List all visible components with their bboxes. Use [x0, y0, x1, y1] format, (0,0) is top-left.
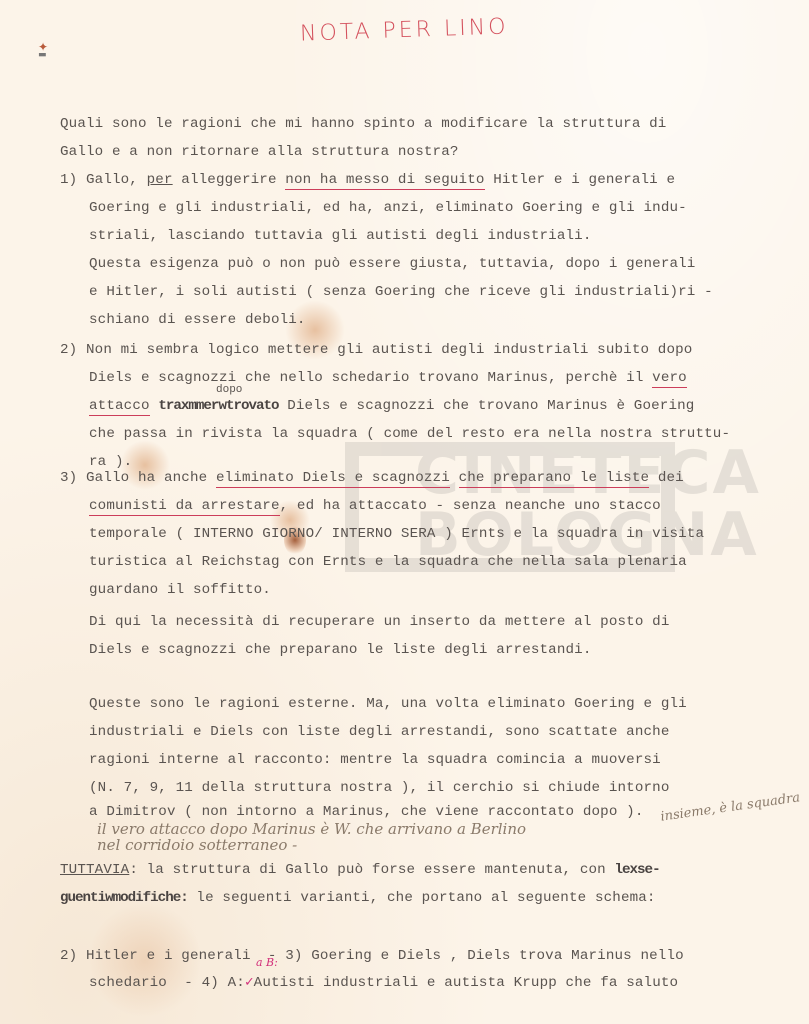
- text-line: Gallo e a non ritornare alla struttura n…: [60, 144, 459, 160]
- text-span: , ed ha attaccato - senza neanche uno st…: [280, 498, 661, 514]
- text-line: comunisti da arrestare, ed ha attaccato …: [89, 498, 661, 514]
- text-line: guentiwmodifiche: le seguenti varianti, …: [60, 890, 656, 906]
- struck-text: lexse-: [615, 862, 660, 878]
- text-line: (N. 7, 9, 11 della struttura nostra ), i…: [89, 780, 669, 796]
- text-line: Questa esigenza può o non può essere giu…: [89, 256, 695, 272]
- handwritten-title: NOTA PER LINO: [300, 14, 509, 46]
- underlined-text: TUTTAVIA: [60, 862, 129, 878]
- text-line: TUTTAVIA: la struttura di Gallo può fors…: [60, 862, 660, 878]
- text-line: che passa in rivista la squadra ( come d…: [89, 426, 730, 442]
- text-line: schedario - 4) A:✓Autisti industriali e …: [89, 974, 678, 991]
- text-line: Quali sono le ragioni che mi hanno spint…: [60, 116, 666, 132]
- handwritten-note: insieme, è la squadra: [660, 790, 801, 824]
- text-line: schiano di essere deboli.: [89, 312, 306, 328]
- document-page: ✦ ▬ NOTA PER LINO CINETECA BOLOGNA Quali…: [0, 0, 809, 1024]
- text-line: 2) Hitler e i generali - 3) Goering e Di…: [60, 948, 684, 964]
- struck-text: guentiwmodifiche:: [60, 890, 188, 906]
- text-line: temporale ( INTERNO GIORNO/ INTERNO SERA…: [89, 526, 704, 542]
- text-line: ra ).: [89, 454, 132, 470]
- text-line: Di qui la necessità di recuperare un ins…: [89, 614, 669, 630]
- text-line: 1) Gallo, per alleggerire non ha messo d…: [60, 172, 675, 188]
- text-span: schedario - 4) A:: [89, 975, 245, 991]
- text-span: alleggerire: [173, 172, 286, 188]
- text-line: a Dimitrov ( non intorno a Marinus, che …: [89, 804, 644, 820]
- text-span: Autisti industriali e autista Krupp che …: [254, 975, 679, 991]
- text-line: e Hitler, i soli autisti ( senza Goering…: [89, 284, 713, 300]
- text-line: Diels e scagnozzi che preparano le liste…: [89, 642, 592, 658]
- handwritten-note: nel corridoio sotterraneo -: [97, 836, 297, 854]
- text-span: 3) Gallo ha anche: [60, 470, 216, 486]
- text-line: striali, lasciando tuttavia gli autisti …: [89, 228, 592, 244]
- handwritten-insert-mark: a B:: [256, 956, 278, 969]
- text-line: 3) Gallo ha anche eliminato Diels e scag…: [60, 470, 684, 486]
- text-line: Diels e scagnozzi che nello schedario tr…: [89, 370, 687, 386]
- text-span: Diels e scagnozzi che nello schedario tr…: [89, 370, 652, 386]
- text-span: le seguenti varianti, che portano al seg…: [188, 890, 656, 906]
- underlined-text: eliminato Diels e scagnozzi: [216, 470, 450, 488]
- text-line: attacco traxmmerwtrovato Diels e scagnoz…: [89, 398, 694, 414]
- text-line: guardano il soffitto.: [89, 582, 271, 598]
- struck-text: traxmmerwtrovato: [158, 398, 278, 414]
- underlined-text: comunisti da arrestare: [89, 498, 280, 516]
- text-line: Queste sono le ragioni esterne. Ma, una …: [89, 696, 687, 712]
- underlined-text: non ha messo di seguito: [285, 172, 484, 190]
- text-span: : la struttura di Gallo può forse essere…: [129, 862, 614, 878]
- text-line: Goering e gli industriali, ed ha, anzi, …: [89, 200, 687, 216]
- text-line: 2) Non mi sembra logico mettere gli auti…: [60, 342, 692, 358]
- text-line: turistica al Reichstag con Ernts e la sq…: [89, 554, 687, 570]
- underlined-text: vero: [652, 370, 687, 388]
- text-span: dei: [649, 470, 684, 486]
- text-span: Hitler e i generali e: [485, 172, 676, 188]
- text-span: 1) Gallo,: [60, 172, 147, 188]
- underlined-text: attacco: [89, 398, 150, 416]
- text-line: ragioni interne al racconto: mentre la s…: [89, 752, 661, 768]
- margin-mark: ▬: [38, 50, 47, 60]
- check-mark-icon: ✓: [245, 975, 254, 991]
- underlined-text: che preparano le liste: [459, 470, 650, 488]
- text-span: Diels e scagnozzi che trovano Marinus è …: [287, 398, 694, 414]
- typed-insertion: dopo: [216, 384, 242, 396]
- underlined-text: per: [147, 172, 173, 188]
- text-line: industriali e Diels con liste degli arre…: [89, 724, 669, 740]
